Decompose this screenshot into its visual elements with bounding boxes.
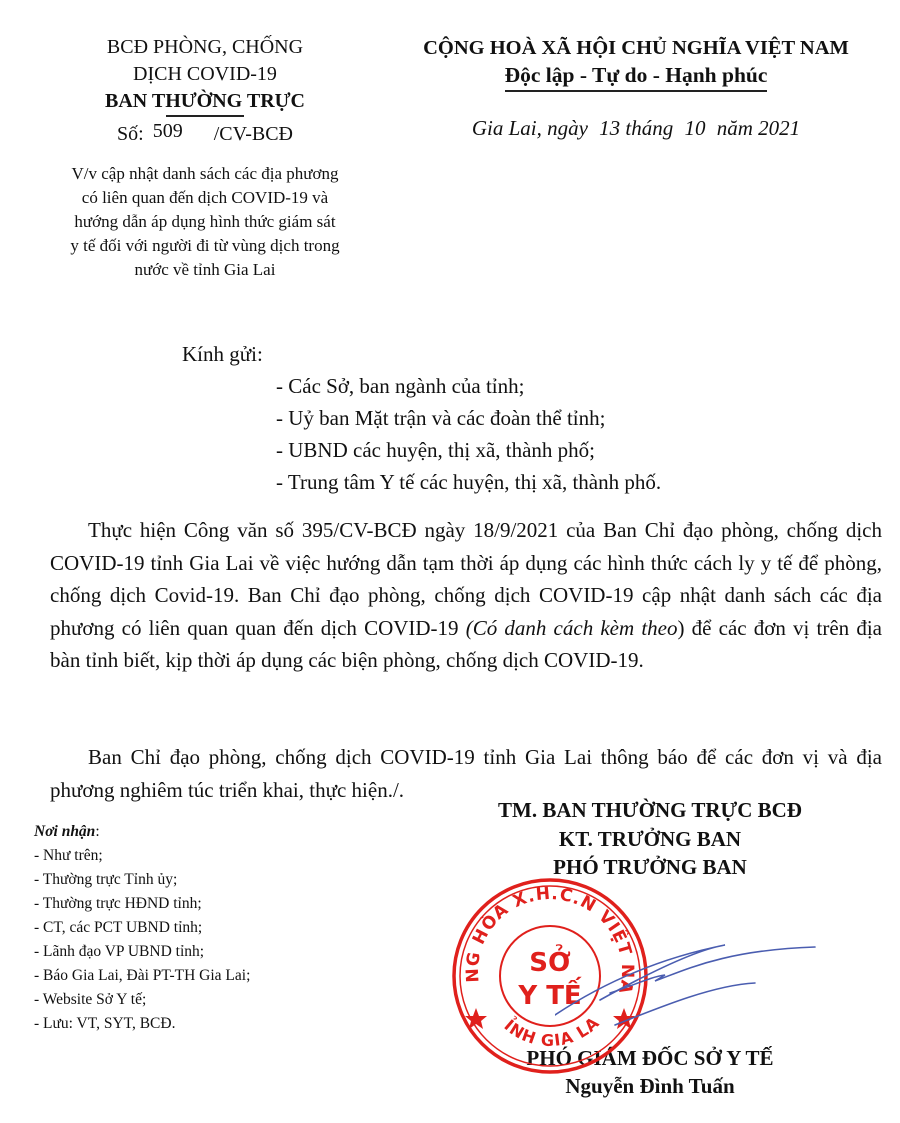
recipient-item: - Uỷ ban Mặt trận và các đoàn thể tỉnh; [276,402,661,434]
subject-block: V/v cập nhật danh sách các địa phương có… [20,162,390,282]
colon: : [95,823,99,840]
subject-line: V/v cập nhật danh sách các địa phương [20,162,390,186]
document-number: Số: 509 /CV-BCĐ [20,121,390,148]
p2-text: Ban Chỉ đạo phòng, chống dịch COVID-19 t… [50,745,882,802]
divider [166,115,244,117]
date-year: năm 2021 [717,116,800,140]
recipients-label: Kính gửi: [182,338,263,370]
subject-line: hướng dẫn áp dụng hình thức giám sát [20,210,390,234]
recipients-list: - Các Sở, ban ngành của tỉnh; - Uỷ ban M… [276,370,661,498]
p1-italic: (Có danh cách kèm theo [466,616,678,640]
signer-name: Nguyễn Đình Tuấn [440,1072,860,1100]
distribution-item: - CT, các PCT UBND tỉnh; [34,916,250,940]
distribution-item: - Website Sở Y tế; [34,988,250,1012]
date-place: Gia Lai, ngày [472,116,588,140]
so-suffix: /CV-BCĐ [214,123,293,145]
national-motto: Độc lập - Tự do - Hạnh phúc [505,62,768,92]
recipient-item: - Trung tâm Y tế các huyện, thị xã, thàn… [276,466,661,498]
role-line-2: KT. TRƯỞNG BAN [440,825,860,854]
subject-line: có liên quan đến dịch COVID-19 và [20,186,390,210]
distribution-item: - Thường trực Tỉnh ủy; [34,868,250,892]
so-number: 509 [153,120,183,142]
nation-name: CỘNG HOÀ XÃ HỘI CHỦ NGHĨA VIỆT NAM [380,34,892,62]
body-paragraph-1: Thực hiện Công văn số 395/CV-BCĐ ngày 18… [50,514,882,677]
date-month: 10 [685,116,706,140]
distribution-item: - Báo Gia Lai, Đài PT-TH Gia Lai; [34,964,250,988]
recipient-item: - Các Sở, ban ngành của tỉnh; [276,370,661,402]
role-line-1: TM. BAN THƯỜNG TRỰC BCĐ [440,796,860,825]
distribution-item: - Lãnh đạo VP UBND tỉnh; [34,940,250,964]
distribution-title: Nơi nhận [34,823,95,840]
so-label: Số: [117,123,144,145]
date-month-label: tháng [625,116,673,140]
distribution-item: - Như trên; [34,844,250,868]
org-line-1: BCĐ PHÒNG, CHỐNG [20,34,390,61]
issuing-authority: BCĐ PHÒNG, CHỐNG DỊCH COVID-19 BAN THƯỜN… [20,34,390,148]
place-date: Gia Lai, ngày 13 tháng 10 năm 2021 [380,116,892,141]
national-header: CỘNG HOÀ XÃ HỘI CHỦ NGHĨA VIỆT NAM Độc l… [380,34,892,92]
org-line-3: BAN THƯỜNG TRỰC [20,88,390,115]
distribution-item: - Lưu: VT, SYT, BCĐ. [34,1012,250,1036]
subject-line: y tế đối với người đi từ vùng dịch trong [20,234,390,258]
subject-line: nước về tỉnh Gia Lai [20,258,390,282]
org-line-2: DỊCH COVID-19 [20,61,390,88]
signer-role: TM. BAN THƯỜNG TRỰC BCĐ KT. TRƯỞNG BAN P… [440,796,860,882]
distribution-item: - Thường trực HĐND tỉnh; [34,892,250,916]
distribution-list: Nơi nhận: - Như trên; - Thường trực Tỉnh… [34,820,250,1036]
handwritten-signature-icon [555,915,885,1035]
date-day: 13 [599,116,620,140]
recipient-item: - UBND các huyện, thị xã, thành phố; [276,434,661,466]
